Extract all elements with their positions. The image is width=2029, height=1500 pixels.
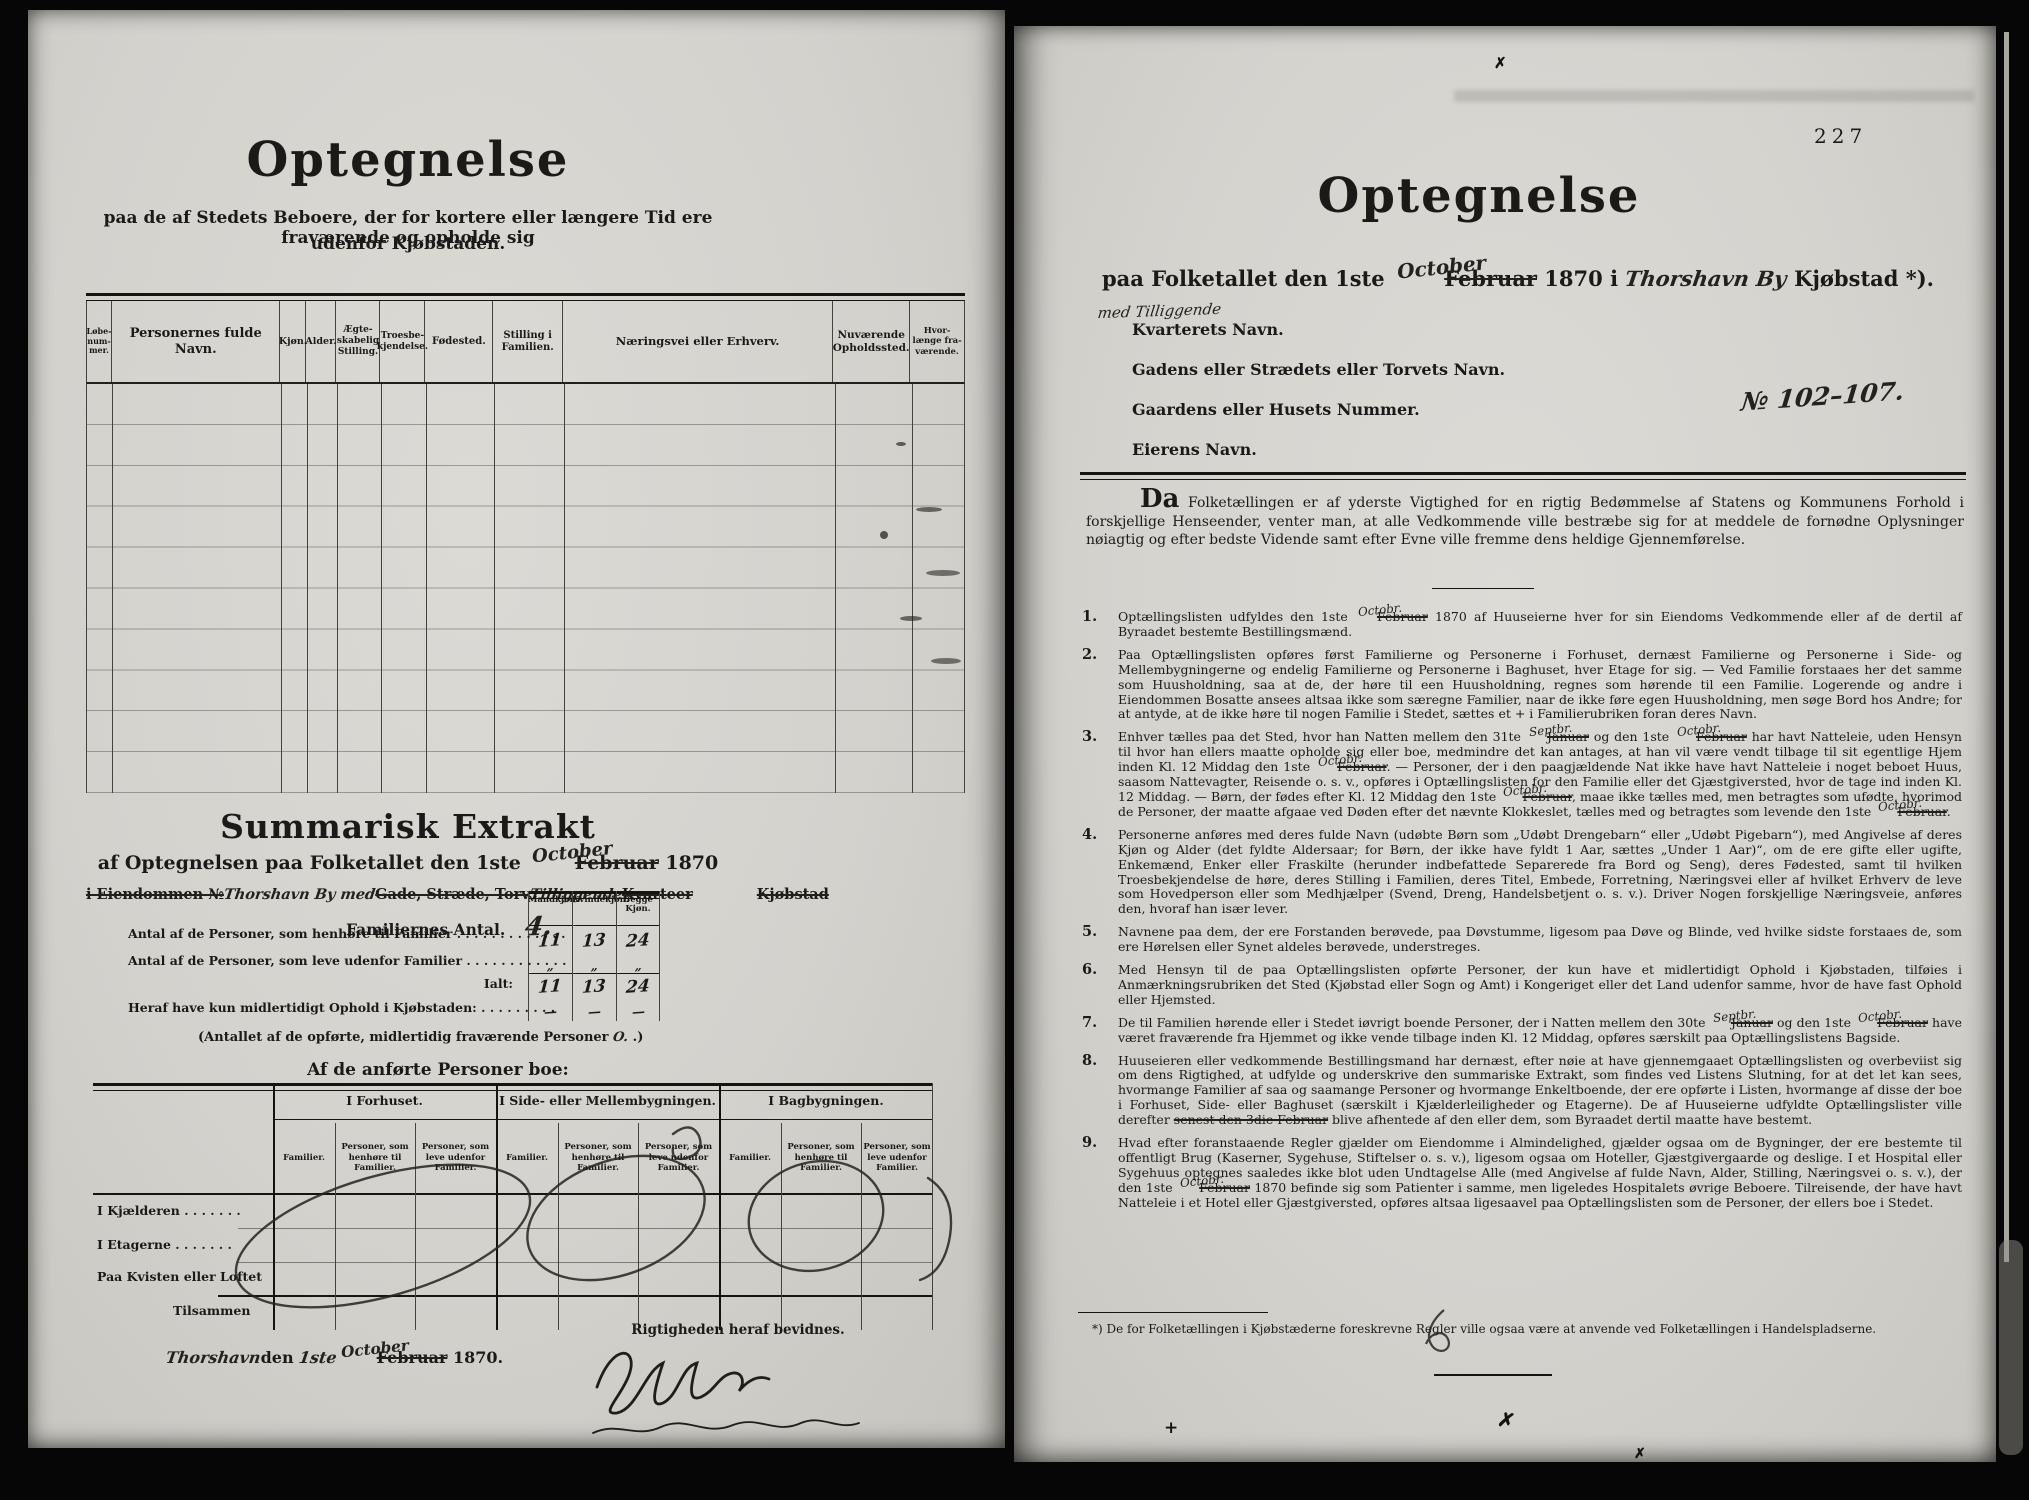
item-number: 9. — [1082, 1136, 1097, 1151]
divider-rule — [1432, 588, 1534, 589]
ink-smudge — [900, 616, 922, 621]
ink-smudge — [896, 442, 906, 446]
instruction-item-2: 2. Paa Optællingslisten opføres først Fa… — [1078, 648, 1962, 723]
item-text: Huuseieren eller vedkommende Bestillings… — [1118, 1053, 1962, 1128]
plus-mark: + — [1164, 1418, 1178, 1438]
subject-line: paa Folketallet den 1ste OctoberFebruar … — [1102, 266, 1982, 291]
summary-row1-label: Antal af de Personer, som henhøre til Fa… — [128, 926, 566, 941]
item-number: 6. — [1082, 963, 1097, 978]
item-number: 7. — [1082, 1016, 1097, 1031]
ditto-begge: „ — [634, 959, 642, 974]
ditto-kvinde: „ — [590, 959, 598, 974]
value-kvinde-1: 13 — [581, 930, 606, 952]
antallet-note: (Antallet af de opførte, midlertidig fra… — [198, 1030, 643, 1045]
ialt-begge: 24 — [625, 976, 650, 998]
x-mark: ✗ — [1634, 1446, 1646, 1462]
summary-heading: Summarisk Extrakt — [68, 807, 748, 846]
scan-edge-blob — [1999, 1240, 2023, 1455]
absence-table-header: Løbe-num-mer. Personernes fulde Navn. Kj… — [86, 301, 965, 384]
book-scan: Optegnelse paa de af Stedets Beboere, de… — [0, 0, 2029, 1500]
section-rule — [1080, 472, 1966, 480]
absence-table: Løbe-num-mer. Personernes fulde Navn. Kj… — [86, 293, 965, 793]
item-number: 5. — [1082, 925, 1097, 940]
col-troesbekjendelse: Troesbe-kjendelse. — [380, 301, 425, 382]
col-alder: Alder. — [306, 301, 336, 382]
item-text: Optællingslisten udfyldes den 1ste Octob… — [1118, 609, 1962, 639]
instruction-item-4: 4. Personerne anføres med deres fulde Na… — [1078, 828, 1962, 917]
date-line: Thorshavn den 1ste OctoberFebruar 1870. — [166, 1348, 503, 1367]
col-opholdssted: Nuværende Opholdssted. — [833, 301, 910, 382]
col-fulde-navn: Personernes fulde Navn. — [112, 301, 280, 382]
item-text: Hvad efter foranstaaende Regler gjælder … — [1118, 1135, 1962, 1210]
handwritten-med-tilliggende: med Tilliggende — [1097, 300, 1223, 322]
footnote: *) De for Folketællingen i Kjøbstæderne … — [1092, 1322, 1962, 1336]
bleed-through-text — [1454, 90, 1974, 102]
col-kjon: Kjøn. — [280, 301, 306, 382]
intro-paragraph: Da Folketællingen er af yderste Vigtighe… — [1086, 494, 1964, 550]
ink-smudge — [931, 658, 961, 664]
ink-smudge — [880, 531, 888, 539]
instruction-item-6: 6. Med Hensyn til de paa Optællingsliste… — [1078, 963, 1962, 1008]
instruction-item-9: 9. Hvad efter foranstaaende Regler gjæld… — [1078, 1136, 1962, 1211]
scan-edge-sliver — [2004, 32, 2009, 1262]
boe-heading: Af de anførte Personer boe: — [88, 1060, 788, 1080]
col-stilling-familien: Stilling i Familien. — [493, 301, 563, 382]
label-eierens-navn: Eierens Navn. — [1132, 440, 1257, 459]
handwritten-house-numbers: № 102–107. — [1740, 376, 1906, 416]
stray-ink-loop — [1414, 1308, 1460, 1358]
value-begge-1: 24 — [625, 930, 650, 952]
col-aegteskabelig: Ægte-skabelig Stilling. — [336, 301, 380, 382]
item-text: Enhver tælles paa det Sted, hvor han Nat… — [1118, 729, 1962, 819]
item-number: 1. — [1082, 610, 1097, 625]
label-gadens-navn: Gadens eller Strædets eller Torvets Navn… — [1132, 360, 1505, 379]
left-page-title: Optegnelse — [68, 132, 748, 188]
left-subtitle-line2: udenfor Kjøbstaden. — [48, 234, 768, 254]
left-page: Optegnelse paa de af Stedets Beboere, de… — [28, 10, 1005, 1448]
col-hvorlaenge: Hvor-længe fra-værende. — [910, 301, 964, 382]
heraf-begge: — — [631, 1004, 645, 1020]
instruction-item-7: 7. De til Familien hørende eller i Stede… — [1078, 1016, 1962, 1046]
item-number: 4. — [1082, 828, 1097, 843]
ink-smudge — [916, 507, 942, 512]
instruction-item-5: 5. Navnene paa dem, der ere Forstanden b… — [1078, 925, 1962, 955]
ialt-mand: 11 — [537, 976, 562, 998]
signature-handwriting — [583, 1335, 873, 1450]
right-page: 227 Optegnelse paa Folketallet den 1ste … — [1014, 26, 1996, 1462]
heraf-kvinde: — — [587, 1004, 601, 1020]
summary-heraf-label: Heraf have kun midlertidigt Ophold i Kjø… — [128, 1000, 555, 1015]
x-mark: ✗ — [1496, 1407, 1517, 1434]
col-fodested: Fødested. — [425, 301, 493, 382]
item-number: 2. — [1082, 648, 1097, 663]
item-text: Paa Optællingslisten opføres først Famil… — [1118, 647, 1962, 722]
label-gaardens-nummer: Gaardens eller Husets Nummer. — [1132, 400, 1420, 419]
item-number: 8. — [1082, 1054, 1097, 1069]
absence-table-body — [86, 384, 965, 793]
end-rule — [1434, 1374, 1552, 1376]
property-line: i Eiendommen № Thorshavn By med Gade, St… — [86, 886, 846, 903]
ialt-kvinde: 13 — [581, 976, 606, 998]
x-mark: ✗ — [1494, 54, 1507, 72]
item-number: 3. — [1082, 730, 1097, 745]
summary-subheading: af Optegnelsen paa Folketallet den 1ste … — [68, 852, 748, 874]
col-naeringsvei: Næringsvei eller Erhverv. — [563, 301, 833, 382]
item-text: Navnene paa dem, der ere Forstanden berø… — [1118, 924, 1962, 954]
table-top-rule — [86, 293, 965, 301]
instructions-list: 1. Optællingslisten udfyldes den 1ste Oc… — [1078, 610, 1962, 1219]
summary-ialt-values: 11 13 24 — [528, 977, 660, 997]
page-number: 227 — [1814, 124, 1867, 148]
right-page-title: Optegnelse — [1174, 168, 1784, 224]
instruction-item-8: 8. Huuseieren eller vedkommende Bestilli… — [1078, 1054, 1962, 1129]
item-text: De til Familien hørende eller i Stedet i… — [1118, 1015, 1962, 1045]
summary-ialt-label: Ialt: — [408, 976, 513, 991]
item-text: Med Hensyn til de paa Optællingslisten o… — [1118, 962, 1962, 1007]
summary-row2-label: Antal af de Personer, som leve udenfor F… — [128, 953, 567, 968]
instruction-item-1: 1. Optællingslisten udfyldes den 1ste Oc… — [1078, 610, 1962, 640]
ink-smudge — [926, 570, 960, 576]
instruction-item-3: 3. Enhver tælles paa det Sted, hvor han … — [1078, 730, 1962, 819]
col-lobenummer: Løbe-num-mer. — [87, 301, 112, 382]
handwritten-loops — [168, 1088, 958, 1338]
item-text: Personerne anføres med deres fulde Navn … — [1118, 827, 1962, 917]
label-kvarterets-navn: Kvarterets Navn. — [1132, 320, 1284, 339]
footnote-rule — [1078, 1312, 1268, 1313]
